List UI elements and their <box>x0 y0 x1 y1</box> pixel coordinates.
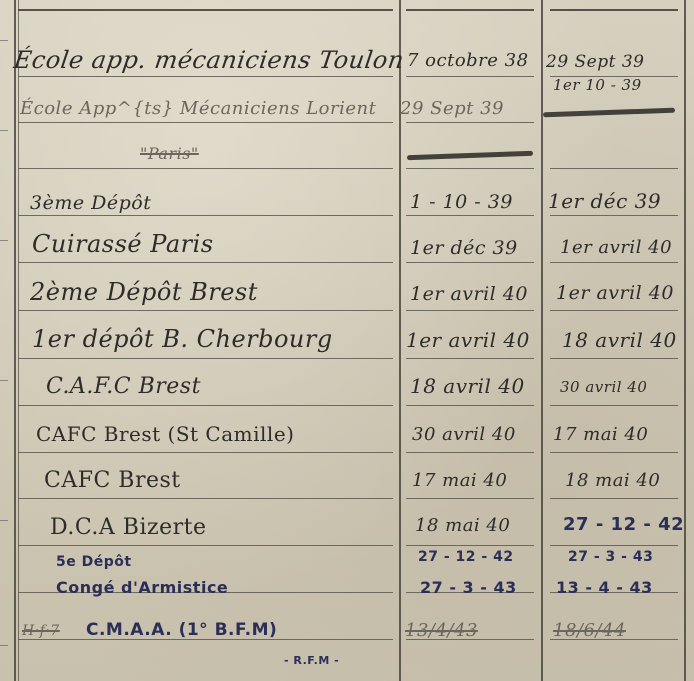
row-rule <box>550 452 678 453</box>
row-rule <box>406 262 534 263</box>
row-rule <box>550 545 678 546</box>
header-rule <box>18 9 393 11</box>
row-rule <box>406 405 534 406</box>
row-15-note: - R.F.M - <box>284 655 339 666</box>
row-14-unit: C.M.A.A. (1° B.F.M) <box>86 622 277 639</box>
row-rule <box>406 310 534 311</box>
margin-tick <box>0 130 8 131</box>
row-10-unit: CAFC Brest <box>44 470 181 492</box>
row-8-to: 30 avril 40 <box>560 380 647 395</box>
row-rule <box>406 76 534 77</box>
row-11-to: 27 - 12 - 42 <box>563 516 684 534</box>
row-6-from: 1er avril 40 <box>410 285 528 304</box>
row-11-from: 18 mai 40 <box>415 517 510 535</box>
column-divider-from-to <box>541 0 543 681</box>
row-rule <box>18 452 393 453</box>
row-2-from: 29 Sept 39 <box>400 100 504 118</box>
register-page: École app. mécaniciens Toulon 7 octobre … <box>0 0 694 681</box>
row-1-from: 7 octobre 38 <box>407 52 529 70</box>
row-8-unit: C.A.F.C Brest <box>46 376 201 398</box>
row-6-to: 1er avril 40 <box>556 284 674 303</box>
row-2-to: 1er 10 - 39 <box>553 78 642 93</box>
row-rule <box>550 405 678 406</box>
row-7-from: 1er avril 40 <box>406 330 530 350</box>
header-rule <box>406 9 534 11</box>
row-rule <box>18 262 393 263</box>
row-5-unit: Cuirassé Paris <box>32 232 214 256</box>
row-2-unit: École App^{ts} Mécaniciens Lorient <box>20 100 376 118</box>
row-rule <box>550 168 678 169</box>
row-13-to: 13 - 4 - 43 <box>556 580 653 596</box>
row-rule <box>406 122 534 123</box>
row-14-to: 18/6/44 <box>553 622 626 640</box>
row-rule <box>550 262 678 263</box>
row-10-to: 18 mai 40 <box>565 472 660 490</box>
row-1-unit: École app. mécaniciens Toulon <box>12 48 405 72</box>
row-13-from: 27 - 3 - 43 <box>420 580 517 596</box>
row-4-to: 1er déc 39 <box>548 191 661 211</box>
row-14-from: 13/4/43 <box>405 622 478 640</box>
row-rule <box>18 76 393 77</box>
row-12-unit: 5e Dépôt <box>56 555 132 569</box>
row-rule <box>18 168 393 169</box>
row-11-unit: D.C.A Bizerte <box>50 517 206 539</box>
row-1-to: 29 Sept 39 <box>546 54 645 71</box>
row-rule <box>406 498 534 499</box>
row-7-to: 18 avril 40 <box>562 330 677 350</box>
row-10-from: 17 mai 40 <box>412 472 507 490</box>
row-rule <box>18 310 393 311</box>
row-12-from: 27 - 12 - 42 <box>418 550 514 564</box>
struck-out-date <box>543 108 675 118</box>
row-9-from: 30 avril 40 <box>412 426 516 444</box>
row-rule <box>550 215 678 216</box>
row-rule <box>550 498 678 499</box>
row-rule <box>18 122 393 123</box>
row-6-unit: 2ème Dépôt Brest <box>30 280 258 304</box>
header-rule <box>550 9 678 11</box>
row-rule <box>18 498 393 499</box>
row-13-unit: Congé d'Armistice <box>56 580 228 596</box>
margin-tick <box>0 645 8 646</box>
row-rule <box>18 545 393 546</box>
left-margin-line <box>14 0 16 681</box>
row-rule <box>18 358 393 359</box>
row-9-unit: CAFC Brest (St Camille) <box>36 424 294 444</box>
row-rule <box>406 452 534 453</box>
row-14-unit-struck-prefix: H·f·7 <box>22 624 60 638</box>
right-margin-line <box>684 0 686 681</box>
row-4-unit: 3ème Dépôt <box>30 194 151 213</box>
row-rule <box>18 405 393 406</box>
struck-out-date <box>407 151 533 160</box>
row-7-unit: 1er dépôt B. Cherbourg <box>32 327 333 351</box>
row-rule <box>406 545 534 546</box>
margin-tick <box>0 520 8 521</box>
row-3-unit: "Paris" <box>140 146 199 162</box>
left-margin-line-inner <box>18 0 19 681</box>
row-4-from: 1 - 10 - 39 <box>410 193 513 212</box>
row-12-to: 27 - 3 - 43 <box>568 550 653 564</box>
row-5-to: 1er avril 40 <box>560 239 672 257</box>
row-rule <box>406 168 534 169</box>
row-9-to: 17 mai 40 <box>553 426 648 444</box>
row-rule <box>406 215 534 216</box>
row-rule <box>18 215 393 216</box>
row-8-from: 18 avril 40 <box>410 376 525 396</box>
row-rule <box>550 310 678 311</box>
row-rule <box>406 358 534 359</box>
margin-tick <box>0 240 8 241</box>
row-5-from: 1er déc 39 <box>410 239 518 258</box>
margin-tick <box>0 380 8 381</box>
row-rule <box>550 358 678 359</box>
margin-tick <box>0 40 8 41</box>
